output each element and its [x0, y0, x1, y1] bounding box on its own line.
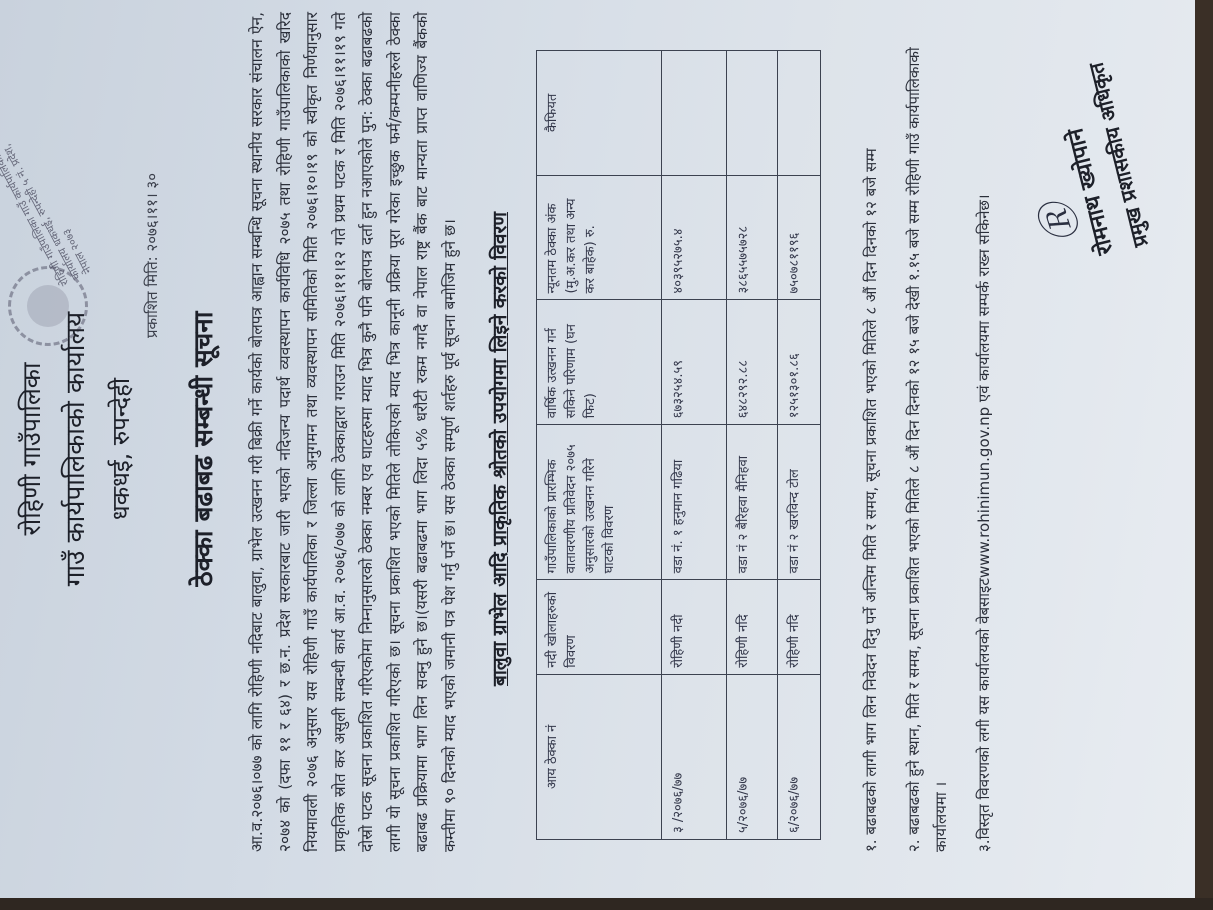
contract-table: आय ठेक्का नं नदी खोलाहरुको विवरण गाउँपाल… — [536, 50, 821, 840]
cell-contract-no: ५/२०७६/७७ — [727, 674, 778, 839]
cell-river: रोहिणी नदि — [778, 580, 821, 674]
cell-remarks — [662, 51, 727, 176]
cell-amount: ७५०७८११९६ — [778, 175, 821, 300]
cell-river: रोहिणी नदि — [727, 580, 778, 674]
cell-contract-no: ६/२०७६/७७ — [778, 674, 821, 839]
header-minimum-amount: न्यूनतम ठेक्का अंक (मु.अ.कर तथा अन्य कर … — [537, 175, 662, 300]
cell-river: रोहिणी नदी — [662, 580, 727, 674]
cell-contract-no: ३ /२०७६/७७ — [662, 674, 727, 839]
office-address: धकधई, रुपन्देही — [104, 0, 137, 898]
cell-quantity: १२५१३०१.८६ — [778, 300, 821, 425]
notice-title: ठेक्का बढाबढ सम्बन्धी सूचना — [184, 0, 220, 898]
municipality-name: रोहिणी गाउँपालिका — [14, 0, 48, 898]
cell-remarks — [727, 51, 778, 176]
cell-site: वडा नं. १ हनुमान गढिया — [662, 425, 727, 580]
table-row: ३ /२०७६/७७ रोहिणी नदी वडा नं. १ हनुमान ग… — [662, 51, 727, 840]
background-floor-edge — [0, 898, 1213, 910]
note-item: ३.विस्तृत विवरणको लगी यस कार्यालयको वेबस… — [971, 12, 998, 852]
notice-body: आ.व.२०७६।०७७ को लागि रोहिणी नदिबाट बालुव… — [244, 12, 464, 852]
cell-site: वडा नं २ खरविन्द टोल — [778, 425, 821, 580]
background-floor — [1195, 0, 1213, 910]
signature-block: Ⓡ रोमनाथ ख्योपाने प्रमुख प्रशासकीय अधिकृ… — [1000, 18, 1126, 258]
cell-remarks — [778, 51, 821, 176]
cell-quantity: ६७३२५४.५९ — [662, 300, 727, 425]
published-date: प्रकाशित मिति: २०७६।११। ३० — [142, 173, 162, 338]
table-header-row: आय ठेक्का नं नदी खोलाहरुको विवरण गाउँपाल… — [537, 51, 662, 840]
note-item: १. बढाबढको लागी भाग लिन निवेदन दिनु पर्न… — [858, 12, 885, 852]
table-row: ६/२०७६/७७ रोहिणी नदि वडा नं २ खरविन्द टो… — [778, 51, 821, 840]
cell-amount: ४०३९५२७५.४ — [662, 175, 727, 300]
note-item: २. बढाबढको हुने स्थान, मिति र समय, सूचना… — [901, 12, 955, 852]
office-name: गाउँ कार्यपालिकाको कार्यालय — [56, 0, 92, 898]
table-row: ५/२०७६/७७ रोहिणी नदि वडा नं २ बैरिहवा मै… — [727, 51, 778, 840]
header-remarks: कैफियत — [537, 51, 662, 176]
header-river: नदी खोलाहरुको विवरण — [537, 580, 662, 674]
table-title: बालुवा ग्राभेल आदि प्राकृतिक श्रोतको उपय… — [486, 0, 512, 898]
notice-document: रोहिणी गाउँपालिका गाउँ कार्यपालिकाको कार… — [0, 0, 1195, 898]
header-site: गाउँपालिकाको प्रारम्भिक वातावरणीय प्रतिव… — [537, 425, 662, 580]
header-contract-no: आय ठेक्का नं — [537, 674, 662, 839]
cell-amount: ३८६५५७५७२८ — [727, 175, 778, 300]
header-annual-quantity: वार्षिक उत्खनन गर्न सकिने परिणाम (घन फिट… — [537, 300, 662, 425]
paper-sheet: रोहिणी गाउँपालिका गाउँ कार्यपालिकाको कार… — [0, 0, 1195, 898]
notes-section: १. बढाबढको लागी भाग लिन निवेदन दिनु पर्न… — [858, 12, 1014, 852]
cell-quantity: ६४८२९२.८८ — [727, 300, 778, 425]
cell-site: वडा नं २ बैरिहवा मैनिहवा — [727, 425, 778, 580]
